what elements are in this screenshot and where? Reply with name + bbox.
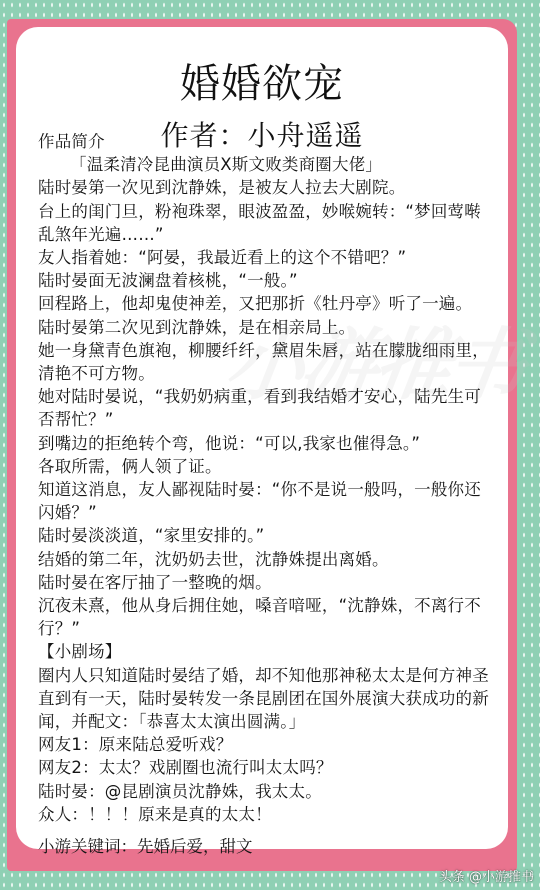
synopsis-line: 到嘴边的拒绝转个弯，他说：“可以,我家也催得急。” bbox=[38, 432, 482, 455]
synopsis-line: 清艳不可方物。 bbox=[38, 362, 482, 385]
keywords: 小游关键词：先婚后爱，甜文 bbox=[38, 835, 253, 858]
synopsis-line: 知道这消息，友人鄙视陆时晏：“你不是说一般吗，一般你还 bbox=[38, 478, 482, 501]
content-card: 小游推书 婚婚欲宠 作者：小舟遥遥 作品简介 「温柔清冷昆曲演员X斯文败类商圈大… bbox=[16, 27, 508, 849]
synopsis-line: 行？” bbox=[38, 617, 482, 640]
synopsis-line: 各取所需，俩人领了证。 bbox=[38, 455, 482, 478]
synopsis-line: 友人指着她：“阿晏，我最近看上的这个不错吧？” bbox=[38, 246, 482, 269]
synopsis-line: 乱煞年光遍……” bbox=[38, 223, 482, 246]
synopsis-line: 否帮忙？” bbox=[38, 408, 482, 431]
book-title: 婚婚欲宠 bbox=[16, 64, 508, 104]
synopsis-line: 直到有一天，陆时晏转发一条昆剧团在国外展演大获成功的新 bbox=[38, 687, 482, 710]
synopsis-line: 众人：！！！原来是真的太太！ bbox=[38, 803, 482, 826]
synopsis-line: 网友2：太太？戏剧圈也流行叫太太吗？ bbox=[38, 756, 482, 779]
synopsis-line: 网友1：原来陆总爱听戏？ bbox=[38, 733, 482, 756]
synopsis-line: 回程路上，他却鬼使神差，又把那折《牡丹亭》听了一遍。 bbox=[38, 292, 482, 315]
synopsis-line: 陆时晏淡淡道，“家里安排的。” bbox=[38, 524, 482, 547]
synopsis-line: 陆时晏第二次见到沈静姝，是在相亲局上。 bbox=[38, 316, 482, 339]
synopsis-line: 陆时晏：@昆剧演员沈静姝，我太太。 bbox=[38, 780, 482, 803]
synopsis-body: 作品简介 「温柔清冷昆曲演员X斯文败类商圈大佬」 陆时晏第一次见到沈静姝，是被友… bbox=[38, 130, 482, 826]
synopsis-tagline: 「温柔清冷昆曲演员X斯文败类商圈大佬」 bbox=[38, 153, 482, 176]
synopsis-line: 她对陆时晏说，“我奶奶病重，看到我结婚才安心，陆先生可 bbox=[38, 385, 482, 408]
source-credit: 头条 @小游推书 bbox=[439, 866, 534, 885]
pink-frame: 小游推书 婚婚欲宠 作者：小舟遥遥 作品简介 「温柔清冷昆曲演员X斯文败类商圈大… bbox=[7, 19, 517, 871]
synopsis-line: 圈内人只知道陆时晏结了婚，却不知他那神秘太太是何方神圣 bbox=[38, 664, 482, 687]
synopsis-line: 她一身黛青色旗袍，柳腰纤纤，黛眉朱唇，站在朦胧细雨里， bbox=[38, 339, 482, 362]
synopsis-line: 闪婚？” bbox=[38, 501, 482, 524]
synopsis-line: 陆时晏在客厅抽了一整晚的烟。 bbox=[38, 571, 482, 594]
synopsis-line: 陆时晏第一次见到沈静姝，是被友人拉去大剧院。 bbox=[38, 176, 482, 199]
mini-theater-heading: 【小剧场】 bbox=[38, 640, 482, 663]
synopsis-line: 沉夜未熹，他从身后拥住她，嗓音喑哑，“沈静姝，不离行不 bbox=[38, 594, 482, 617]
synopsis-line: 闻，并配文：「恭喜太太演出圆满。」 bbox=[38, 710, 482, 733]
synopsis-line: 结婚的第二年，沈奶奶去世，沈静姝提出离婚。 bbox=[38, 548, 482, 571]
synopsis-line: 陆时晏面无波澜盘着核桃，“一般。” bbox=[38, 269, 482, 292]
synopsis-line: 台上的闺门旦，粉袍珠翠，眼波盈盈，妙喉婉转：“梦回莺啭 bbox=[38, 200, 482, 223]
synopsis-heading: 作品简介 bbox=[38, 130, 482, 153]
